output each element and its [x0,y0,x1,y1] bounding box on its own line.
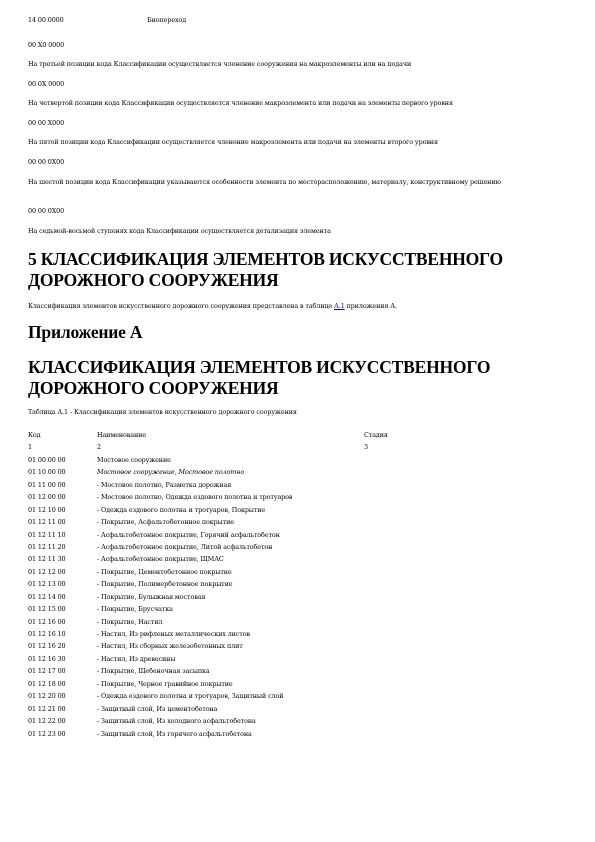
row-code: 01 12 11 10 [28,531,66,539]
row-code: 01 12 13 00 [28,580,66,588]
code-name: Биопереход [147,16,186,24]
appendix-title: Приложение А [28,322,573,343]
row-code: 01 12 16 00 [28,618,66,626]
table-row: 01 10 00 00Мостовое сооружение, Мостовое… [28,468,573,480]
row-name: - Покрытие, Брусчатка [97,605,173,613]
classification-table: Код Наименование Стадия 1 2 3 01 00 00 0… [28,431,573,742]
table-number-row: 1 2 3 [28,443,573,455]
table-row: 01 12 14 00- Покрытие, Булыжная мостовая [28,593,573,605]
row-name: - Покрытие, Настил [97,618,162,626]
section-heading: 5 КЛАССИФИКАЦИЯ ЭЛЕМЕНТОВ ИСКУССТВЕННОГО… [28,249,528,291]
code-row: 14 00 0000 Биопереход [28,16,573,26]
table-row: 01 12 20 00- Одежда ездового полотна и т… [28,692,573,704]
appendix-heading: КЛАССИФИКАЦИЯ ЭЛЕМЕНТОВ ИСКУССТВЕННОГО Д… [28,357,528,399]
table-row: 01 12 15 00- Покрытие, Брусчатка [28,605,573,617]
table-row: 01 12 21 00- Защитный слой, Из цементобе… [28,705,573,717]
row-code: 01 12 22 00 [28,717,66,725]
code-description: На шестой позиции кода Классификации ука… [28,178,548,186]
row-name: - Покрытие, Полимербетонное покрытие [97,580,232,588]
row-name: - Асфальтобетонное покрытие, Литой асфал… [97,543,272,551]
row-code: 01 12 21 00 [28,705,66,713]
row-code: 01 12 10 00 [28,506,66,514]
row-name: - Покрытие, Асфальтобетонное покрытие [97,518,234,526]
row-name: Мостовое сооружение, Мостовое полотно [97,468,244,476]
column-number: 1 [28,443,32,451]
code-description: На пятой позиции кода Классификации осущ… [28,138,573,146]
code-value: 14 00 0000 [28,16,64,24]
row-code: 01 12 16 20 [28,642,66,650]
column-number: 3 [364,443,368,451]
row-name: - Настил, Из рифленых металлических лист… [97,630,250,638]
code-description: На третьей позиции кода Классификации ос… [28,60,573,68]
header-code: Код [28,431,40,439]
code-description: На четвертой позиции кода Классификации … [28,99,573,107]
row-code: 01 12 00 00 [28,493,66,501]
row-code: 01 12 14 00 [28,593,66,601]
row-name: - Мостовое полотно, Разметка дорожная [97,481,231,489]
table-row: 01 12 16 30- Настил, Из древесины [28,655,573,667]
table-row: 01 12 18 00- Покрытие, Черное гравийное … [28,680,573,692]
row-code: 01 12 20 00 [28,692,66,700]
row-name: - Защитный слой, Из горячего асфальтобет… [97,730,252,738]
row-name: - Асфальтобетонное покрытие, Горячий асф… [97,531,280,539]
table-row: 01 12 17 00- Покрытие, Щебеночная засыпк… [28,667,573,679]
row-name: - Покрытие, Черное гравийное покрытие [97,680,233,688]
row-code: 01 12 23 00 [28,730,66,738]
row-code: 01 12 16 30 [28,655,66,663]
row-code: 01 12 18 00 [28,680,66,688]
row-name: - Одежда ездового полотна и тротуаров, З… [97,692,283,700]
code-pattern: 00 X0 0000 [28,41,573,49]
row-name: - Защитный слой, Из цементобетона [97,705,217,713]
code-pattern: 00 00 X000 [28,119,573,127]
table-row: 01 12 11 20- Асфальтобетонное покрытие, … [28,543,573,555]
row-code: 01 12 11 20 [28,543,66,551]
paragraph-text: Классификация элементов искусственного д… [28,302,334,310]
row-name: Мостовое сооружение [97,456,171,464]
table-row: 01 12 16 00- Покрытие, Настил [28,618,573,630]
table-row: 01 12 11 10- Асфальтобетонное покрытие, … [28,531,573,543]
paragraph-text: приложения А. [345,302,397,310]
row-name: - Одежда ездового полотна и тротуаров, П… [97,506,265,514]
row-name: - Покрытие, Булыжная мостовая [97,593,205,601]
row-name: - Настил, Из сборных железобетонных плит [97,642,243,650]
table-row: 01 12 00 00- Мостовое полотно, Одежда ез… [28,493,573,505]
table-row: 01 00 00 00Мостовое сооружение [28,456,573,468]
code-pattern: 00 00 0X00 [28,158,573,166]
table-row: 01 12 11 00- Покрытие, Асфальтобетонное … [28,518,573,530]
row-name: - Покрытие, Цементобетонное покрытие [97,568,232,576]
column-number: 2 [97,443,101,451]
table-row: 01 12 10 00- Одежда ездового полотна и т… [28,506,573,518]
table-body: 01 00 00 00Мостовое сооружение01 10 00 0… [28,456,573,742]
row-code: 01 12 11 00 [28,518,66,526]
row-code: 01 12 17 00 [28,667,66,675]
row-name: - Асфальтобетонное покрытие, ЩМАС [97,555,224,563]
header-name: Наименование [97,431,146,439]
table-header-row: Код Наименование Стадия [28,431,573,443]
code-pattern: 00 0X 0000 [28,80,573,88]
section-paragraph: Классификация элементов искусственного д… [28,302,573,310]
row-name: - Настил, Из древесины [97,655,175,663]
row-code: 01 12 12 00 [28,568,66,576]
row-code: 01 10 00 00 [28,468,66,476]
row-name: - Защитный слой, Из холодного асфальтобе… [97,717,256,725]
row-name: - Покрытие, Щебеночная засыпка [97,667,210,675]
table-row: 01 12 12 00- Покрытие, Цементобетонное п… [28,568,573,580]
row-code: 01 00 00 00 [28,456,66,464]
table-row: 01 12 13 00- Покрытие, Полимербетонное п… [28,580,573,592]
row-code: 01 11 00 00 [28,481,66,489]
table-row: 01 12 11 30- Асфальтобетонное покрытие, … [28,555,573,567]
row-code: 01 12 16 10 [28,630,66,638]
row-code: 01 12 15 00 [28,605,66,613]
code-description: На седьмой-восьмой ступенях кода Классиф… [28,227,573,235]
code-pattern: 00 00 0X00 [28,207,573,215]
table-reference-link[interactable]: А.1 [334,302,345,310]
table-row: 01 11 00 00- Мостовое полотно, Разметка … [28,481,573,493]
table-row: 01 12 16 20- Настил, Из сборных железобе… [28,642,573,654]
table-row: 01 12 23 00- Защитный слой, Из горячего … [28,730,573,742]
header-stage: Стадия [364,431,388,439]
row-code: 01 12 11 30 [28,555,66,563]
table-row: 01 12 22 00- Защитный слой, Из холодного… [28,717,573,729]
table-row: 01 12 16 10- Настил, Из рифленых металли… [28,630,573,642]
table-caption: Таблица А.1 - Классификация элементов ис… [28,408,573,416]
row-name: - Мостовое полотно, Одежда ездового поло… [97,493,292,501]
